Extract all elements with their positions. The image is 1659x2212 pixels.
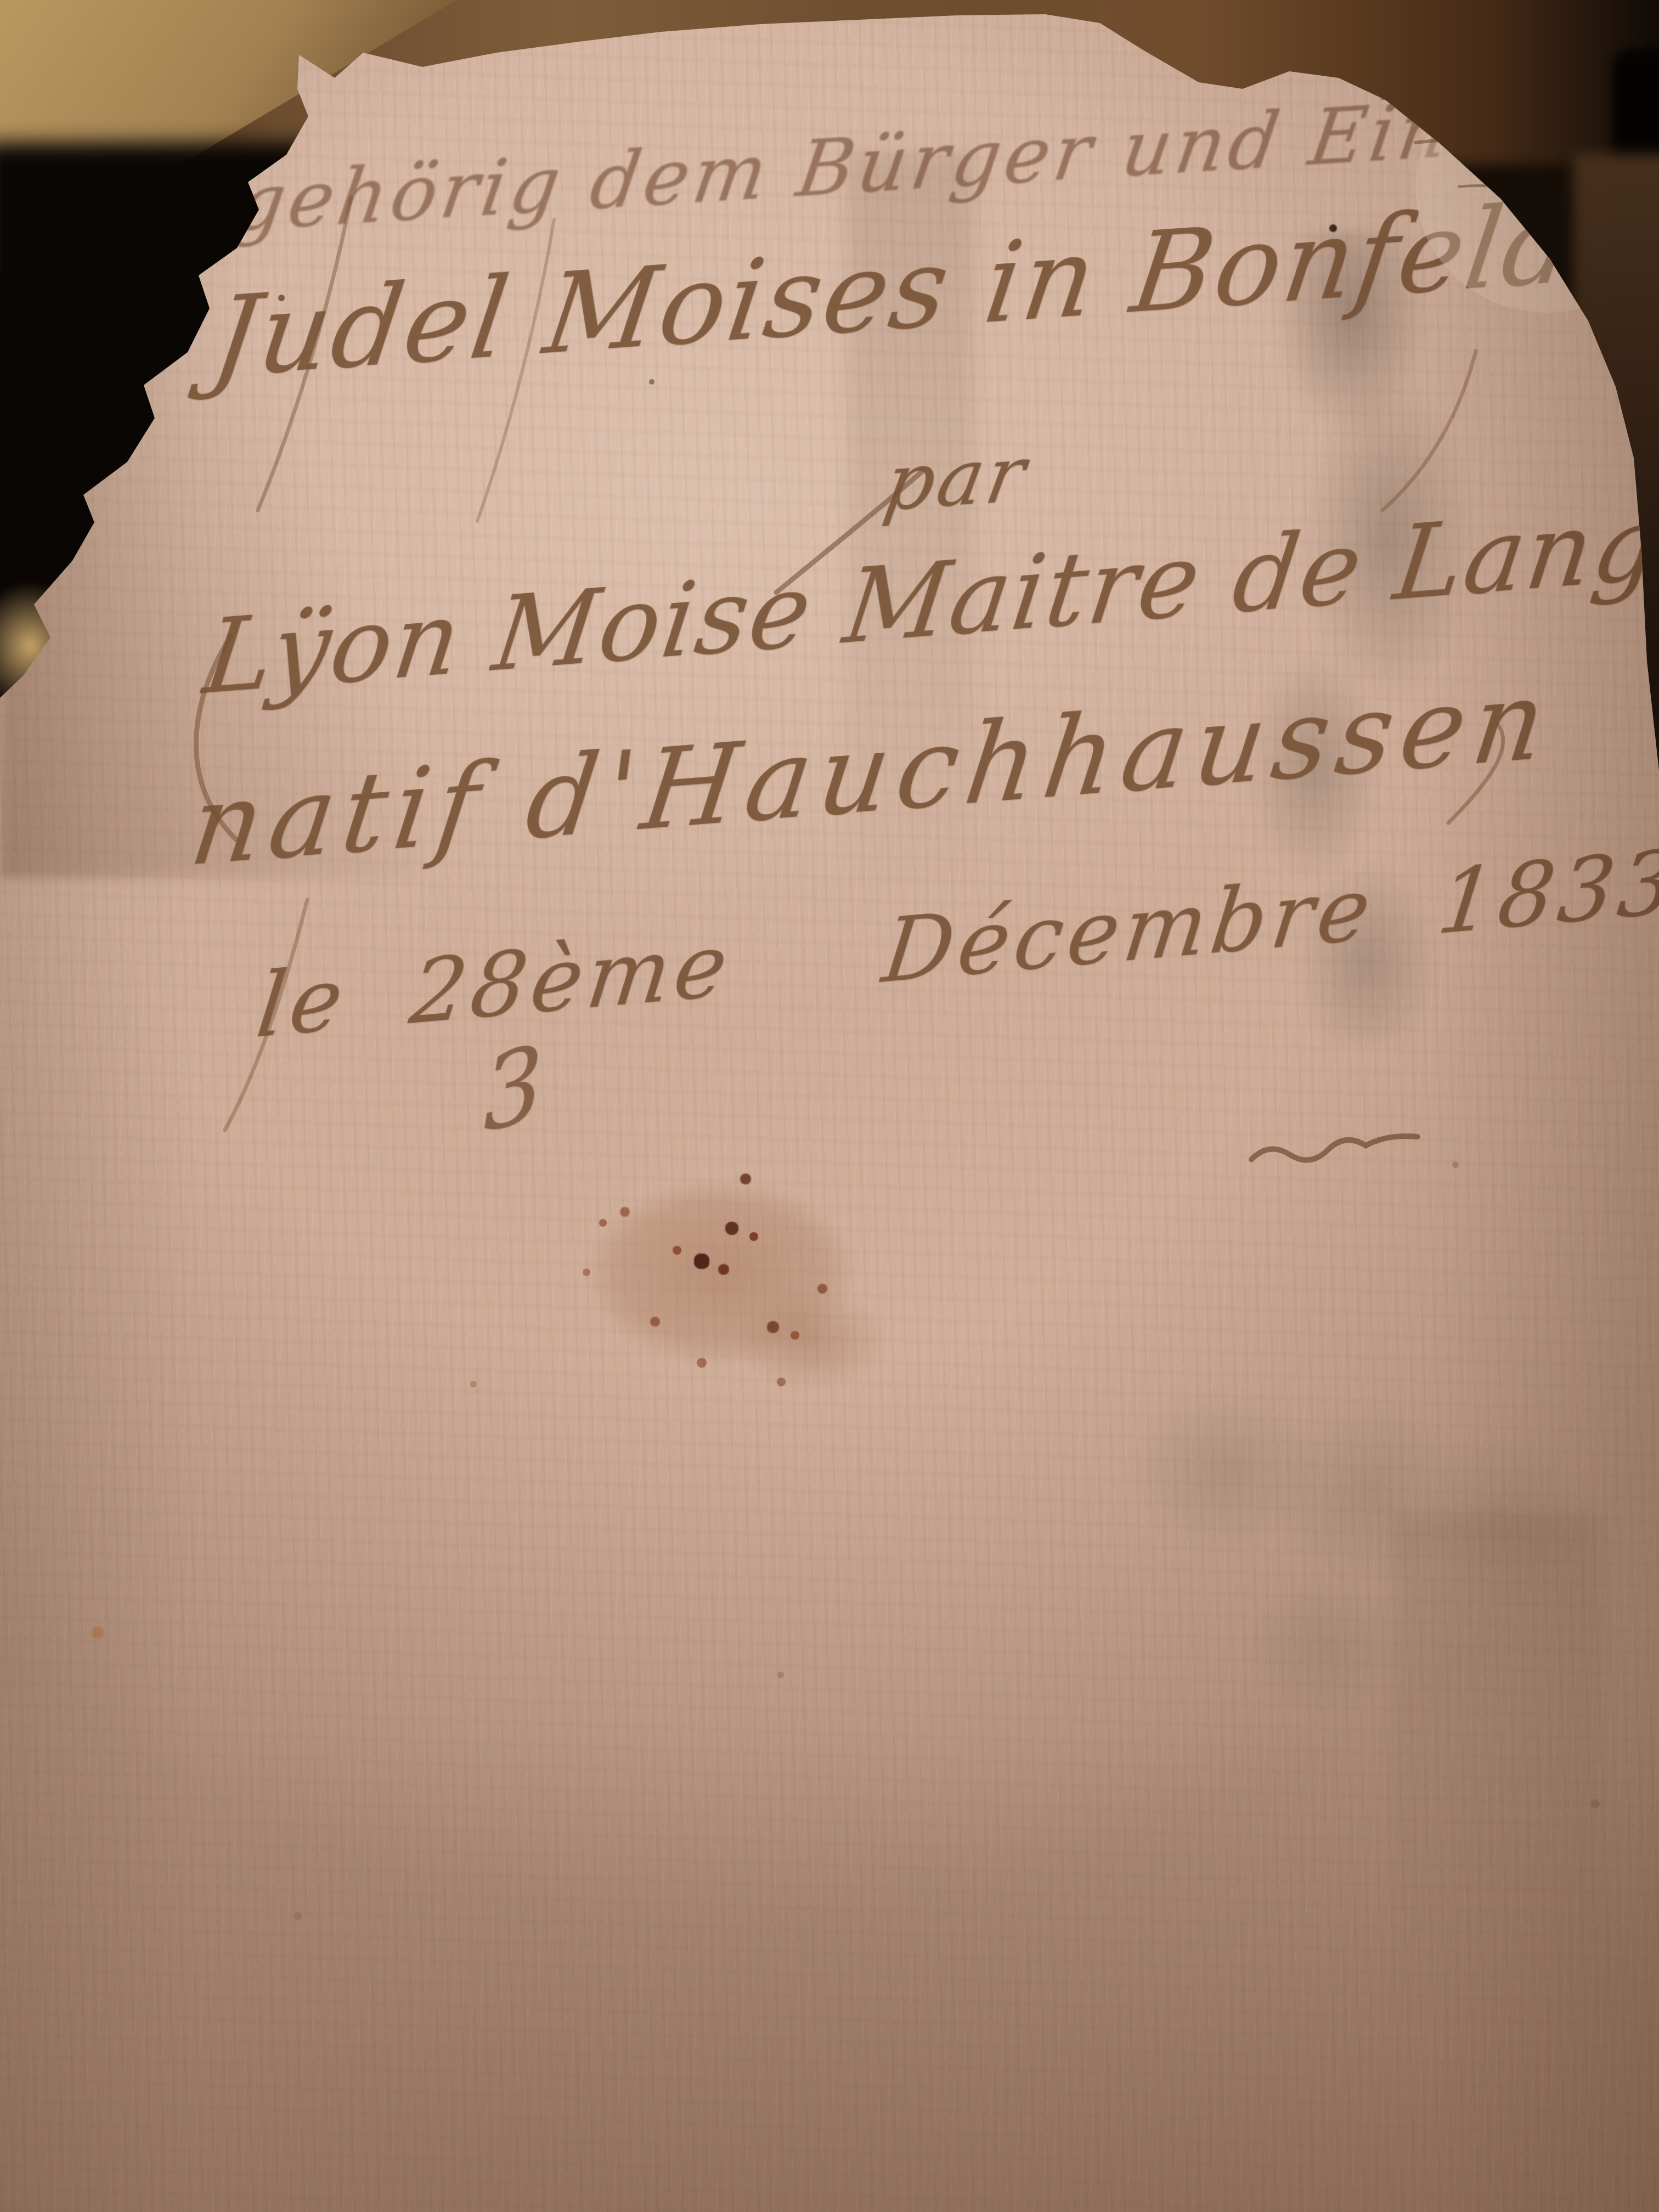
- photo-vignette: [0, 0, 1659, 2212]
- book-page: gehörig dem Bürger und Einwohner Judel M…: [0, 0, 1659, 2212]
- book-flyleaf-photo: gehörig dem Bürger und Einwohner Judel M…: [0, 0, 1659, 2212]
